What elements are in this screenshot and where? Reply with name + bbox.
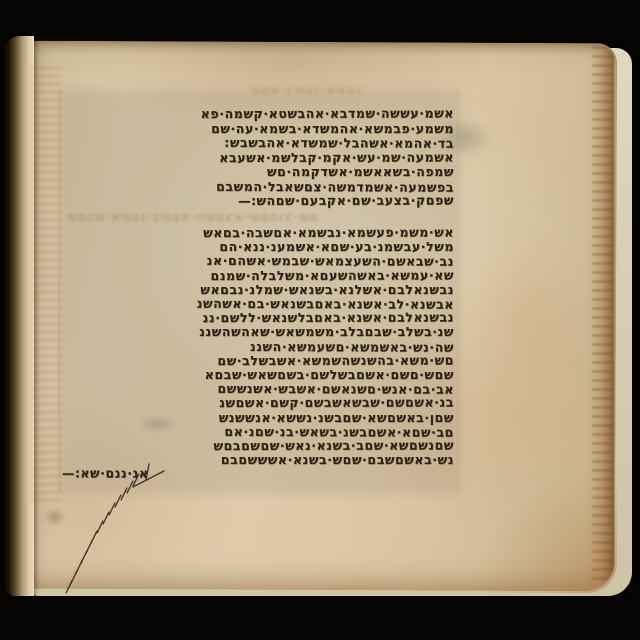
manuscript-text-line: נבשנאלבם·אשלנא·בשנאש·שמלנ·נבםאש: [62, 283, 454, 297]
text-block-1: אשמ·עששה·שמדבא·אהבשטא·קשמה·פאמשמע·פבמשא·…: [62, 107, 454, 209]
manuscript-text-line: משמע·פבמשא·אהמשדא·בשמא·עה·שם: [62, 122, 454, 137]
bleed-through-margin: [30, 62, 62, 502]
manuscript-text-line: שנ·בשלב·שבםבלב·משמשאש·שאהשהשננ: [62, 325, 454, 339]
tan-margin-stain: [468, 238, 593, 388]
manuscript-text-line: שםן·באשםשא·שםבשנ·נששא·אנששנש: [62, 411, 454, 425]
manuscript-text-line: בנ·אשםשם·שבשאשבשם·קשם·אשםשנ: [62, 396, 454, 411]
manuscript-text-line: אנ·ננם·שא׃—: [62, 467, 454, 483]
bleed-through-line: שםא·בשםנ·אשםב: [250, 82, 455, 97]
manuscript-text-line: שמפה·בשאאשמ·אשדקמה·םש: [62, 165, 454, 180]
ruling-line-left: [59, 90, 60, 492]
manuscript-text-line: שפםק·בצעב·שם·אקבעם·שםהש׃—: [62, 194, 454, 210]
manuscript-text-line: אשמ·עששה·שמדבא·אהבשטא·קשמה·פא: [62, 106, 454, 122]
manuscript-photo-frame: שםא·בשםנ·אשםב שםבש·אשםנ·בשםא·השםבא·שםהנב…: [0, 0, 640, 640]
text-block-2: אש·משמ·פעשמא·נבשמא·אםשבה·בםאשמשל·עבשמנ·ב…: [62, 226, 454, 482]
bleed-through-line: שםבש·אשםנ·בשםא·השםבא·שםהנב·שם: [66, 209, 452, 224]
page-fore-edge: [592, 46, 614, 586]
small-brown-stain: [44, 508, 66, 526]
